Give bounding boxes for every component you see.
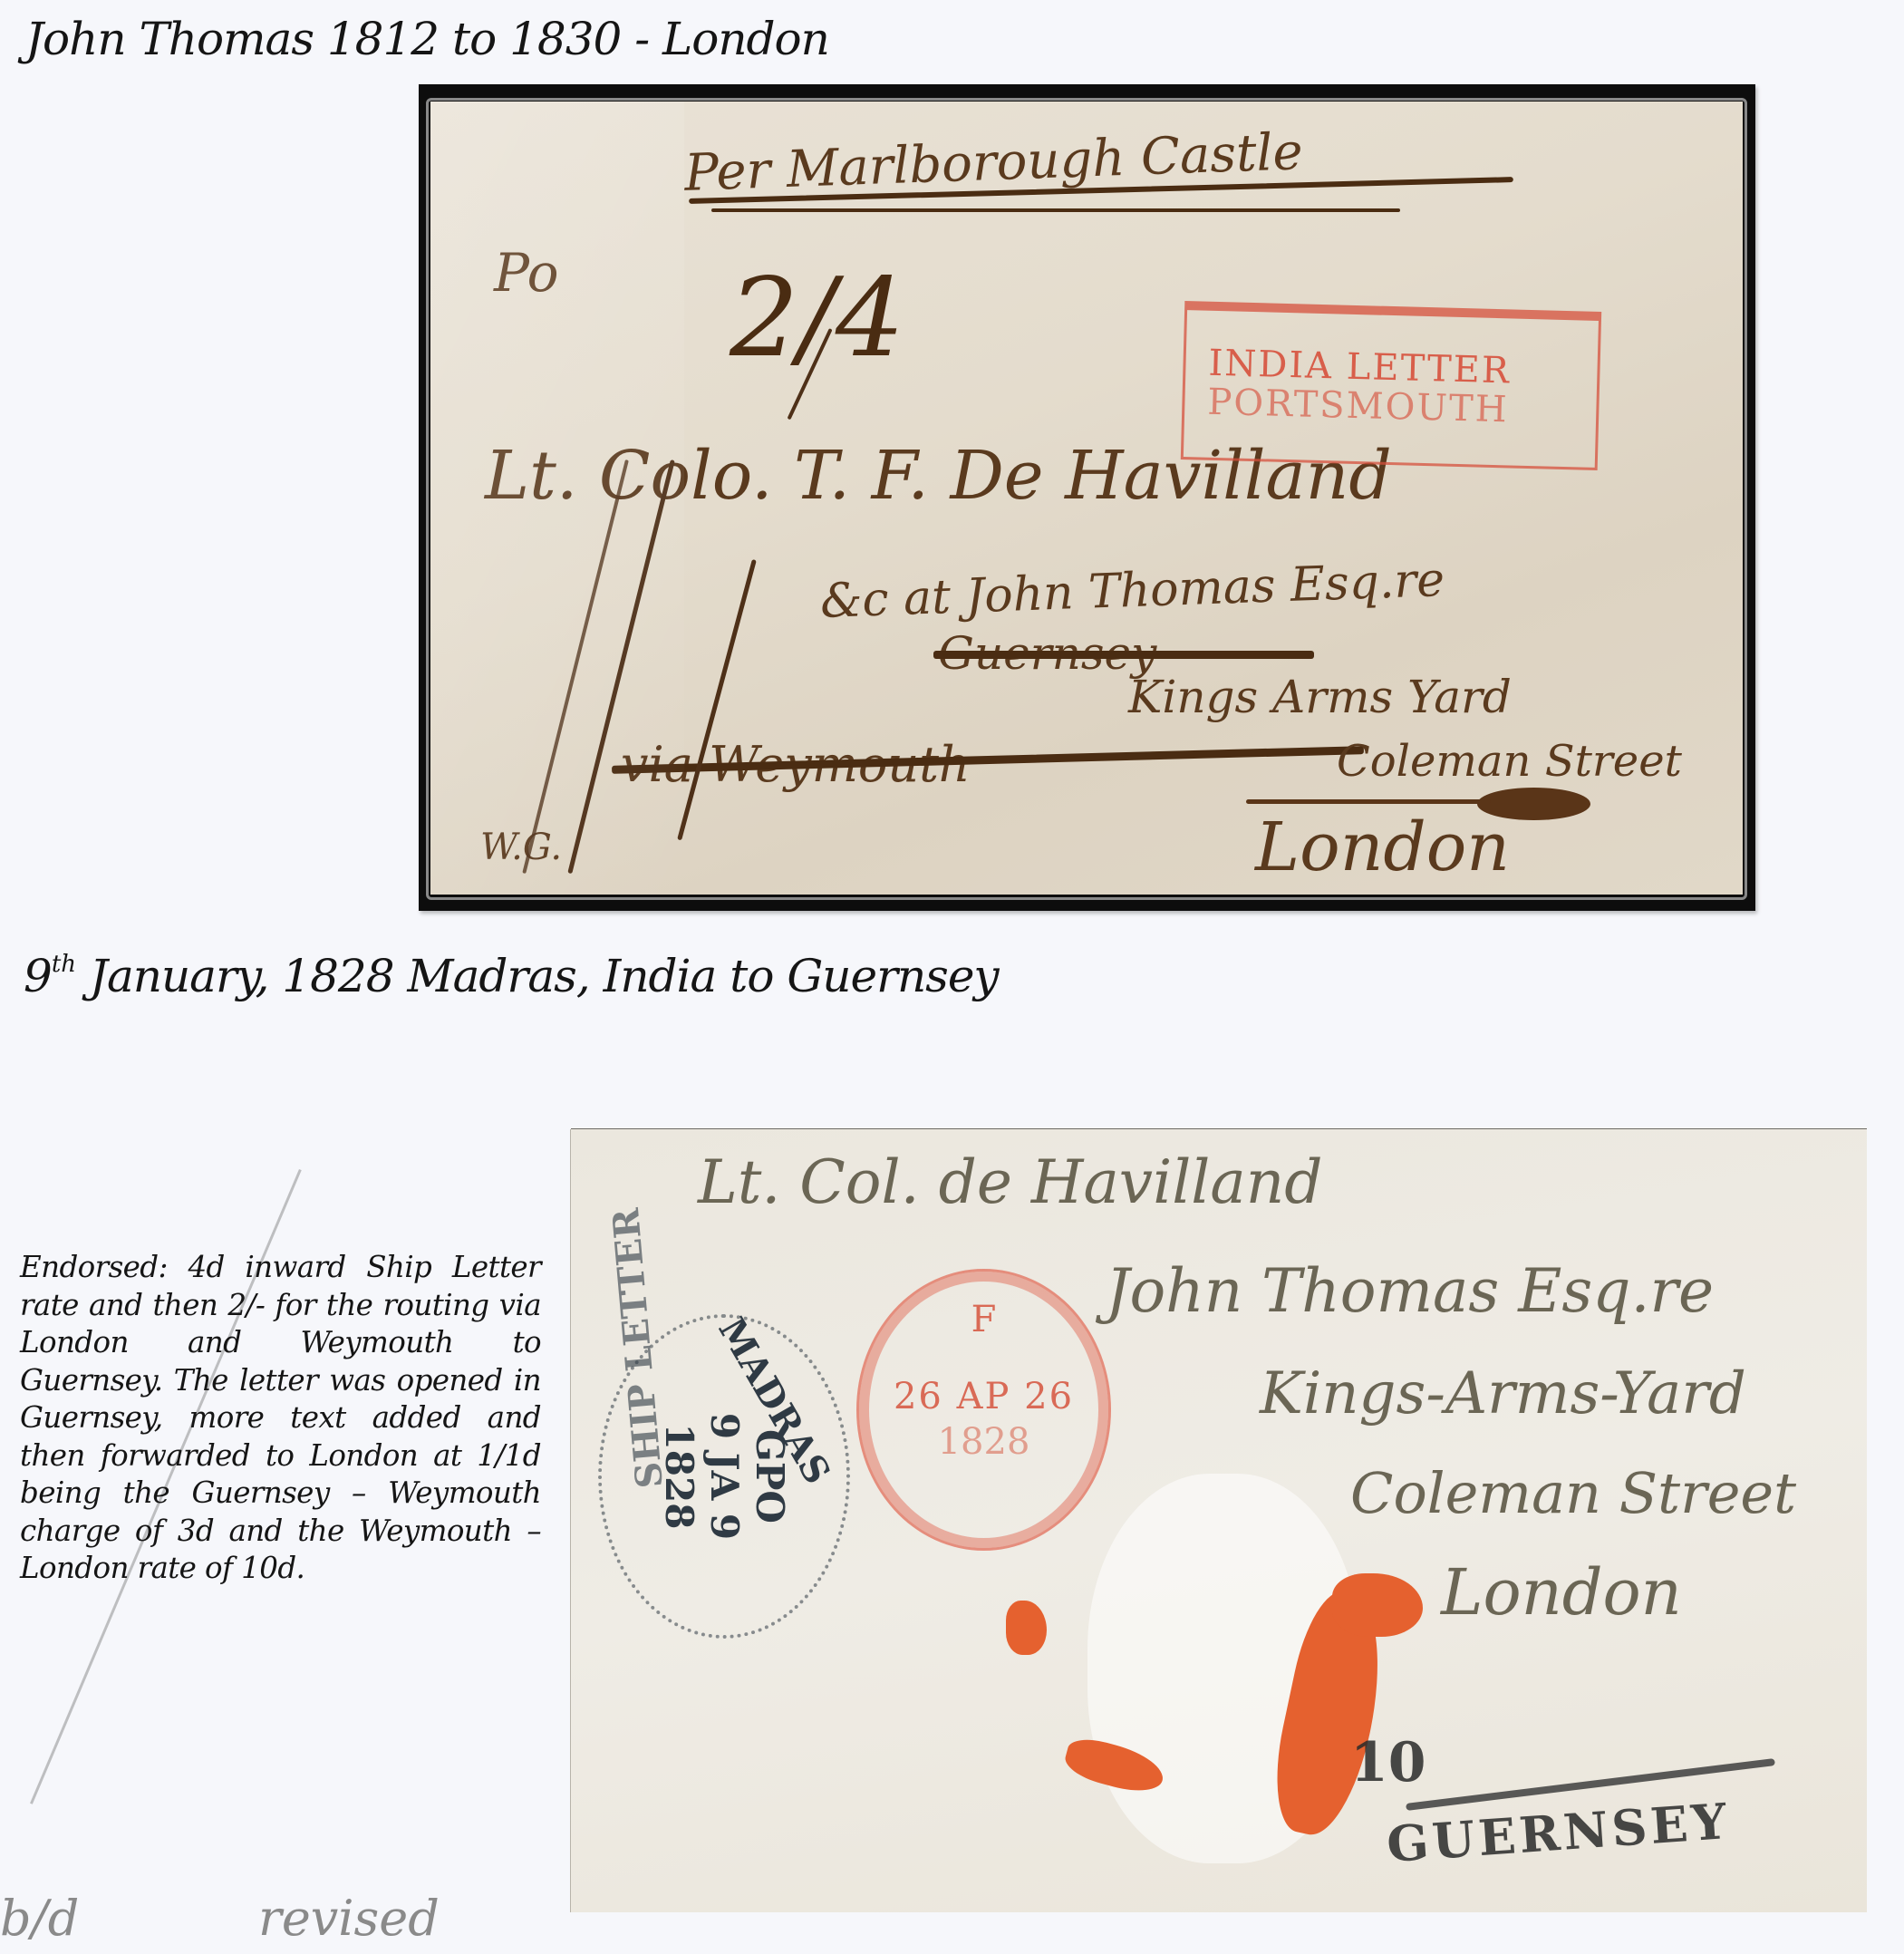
title-day-suffix: th — [52, 951, 76, 978]
wax-seal-fragment — [1332, 1573, 1423, 1637]
ms-city: London — [1255, 808, 1510, 886]
ms-charge-stroke — [567, 459, 675, 874]
postmark-center: GPO 9 JA 9 1828 — [656, 1413, 792, 1540]
pencil-note-right: revised — [258, 1890, 440, 1947]
ms-initials: W.G. — [480, 827, 562, 868]
cover-description: Endorsed: 4d inward Ship Letter rate and… — [20, 1249, 541, 1588]
ms-address-line-1: Kings-Arms-Yard — [1260, 1360, 1746, 1427]
guernsey-postmark: 10 GUERNSEY — [1350, 1749, 1822, 1885]
title-rest: January, 1828 Madras, India to Guernsey — [90, 950, 999, 1002]
ms-address-line-2: Coleman Street — [1337, 736, 1682, 787]
section-title-madras-guernsey: 9th January, 1828 Madras, India to Guern… — [24, 950, 999, 1002]
ms-addressee: Lt. Col. de Havilland — [698, 1147, 1323, 1217]
ms-charge-stroke — [677, 559, 757, 840]
ms-address-line-1: Kings Arms Yard — [1128, 671, 1512, 723]
strike-line — [711, 208, 1400, 212]
section-title-john-thomas: John Thomas 1812 to 1830 - London — [25, 13, 829, 65]
title-day: 9 — [24, 950, 52, 1002]
strike-line — [933, 651, 1314, 659]
postmark-date: 9 JA 9 — [701, 1413, 747, 1540]
india-letter-handstamp: INDIA LETTER PORTSMOUTH — [1181, 301, 1601, 470]
cds-year: 1828 — [859, 1421, 1108, 1463]
ms-address-line-2: Coleman Street — [1350, 1460, 1796, 1526]
london-receiving-postmark: F 26 AP 26 1828 — [856, 1269, 1111, 1551]
postmark-year: 1828 — [656, 1413, 701, 1540]
madras-ship-letter-postmark: MADRAS SHIP LETTER GPO 9 JA 9 1828 — [598, 1314, 850, 1639]
wax-seal-fragment — [1006, 1601, 1047, 1655]
ms-per-prefix: Po — [494, 242, 559, 304]
cover-india-letter: Per Marlborough Castle Po 2/4 Lt. Colo. … — [430, 102, 1743, 895]
cds-letter: F — [859, 1299, 1108, 1340]
ink-tail — [1246, 799, 1491, 804]
charge-mark: 10 — [1350, 1731, 1426, 1794]
ms-charge-stroke — [522, 459, 629, 874]
ms-city: London — [1441, 1555, 1682, 1630]
handstamp-line-2: PORTSMOUTH — [1207, 382, 1509, 431]
postmark-gpo: GPO — [747, 1413, 792, 1540]
cds-date: 26 AP 26 — [859, 1376, 1108, 1417]
ms-care-of: &c at John Thomas Esq.re — [819, 553, 1445, 629]
ms-care-of: John Thomas Esq.re — [1106, 1256, 1714, 1326]
pencil-note-left: b/d — [0, 1890, 79, 1947]
